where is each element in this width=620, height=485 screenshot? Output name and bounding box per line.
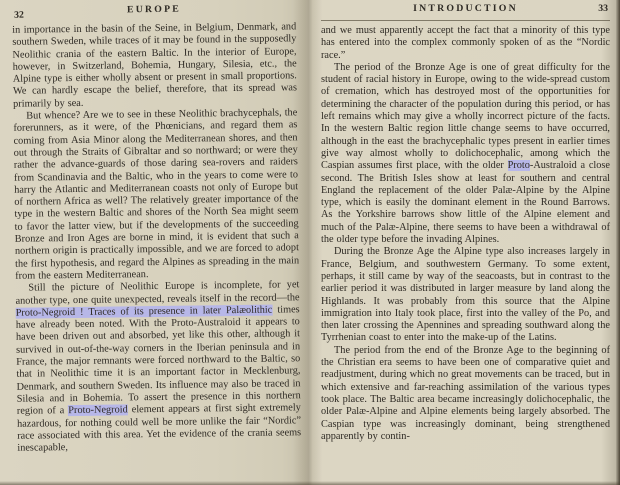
paragraph: in importance in the basin of the Seine,… [12,21,297,111]
paragraph-text: Still the picture of Neolithic Europe is… [15,279,299,306]
left-page-header: 32 EUROPE [12,1,296,21]
paragraph: The period from the end of the Bronze Ag… [321,345,610,443]
header-rule [321,20,610,21]
right-page-header: INTRODUCTION 33 [321,2,610,19]
running-head: EUROPE [12,1,296,17]
paragraph-text: times have already been noted. With the … [16,304,301,417]
right-page: INTRODUCTION 33 and we must apparently a… [306,0,620,485]
highlighted-text: Proto [508,160,530,171]
paragraph: But whence? Are we to see in these Neoli… [13,107,299,283]
paragraph-text: -Australoid a close second. The British … [321,160,610,245]
page-number: 33 [598,3,608,15]
paragraph-text: The period of the Bronze Age is one of g… [321,62,610,171]
paragraph: and we must apparently accept the fact t… [321,25,610,62]
left-page: 32 EUROPE in importance in the basin of … [0,0,306,485]
running-head: INTRODUCTION [321,2,610,15]
paragraph: The period of the Bronze Age is one of g… [321,62,610,246]
paragraph: Still the picture of Neolithic Europe is… [15,279,301,455]
left-page-content: 32 EUROPE in importance in the basin of … [12,1,301,455]
paragraph: During the Bronze Age the Alpine type al… [321,246,610,344]
page-number: 32 [14,10,24,22]
book-spread: 32 EUROPE in importance in the basin of … [0,0,620,485]
highlighted-text: Proto-Negroid [68,405,128,417]
